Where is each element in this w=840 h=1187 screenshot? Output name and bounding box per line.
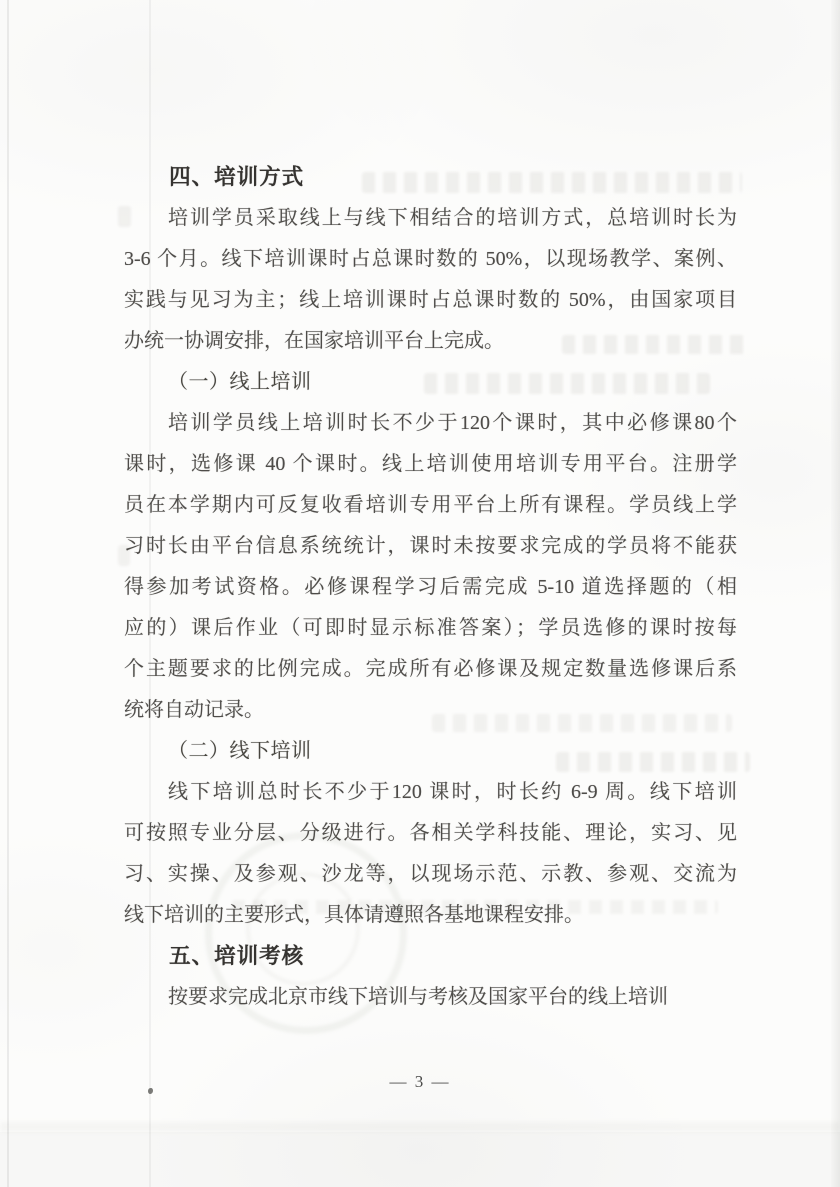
scan-bottom-edge-strip: [0, 1132, 840, 1187]
body-text-line: 培训学员采取线上与线下相结合的培训方式，总培训时长为: [124, 198, 737, 239]
subsection-heading-offline-training: （二）线下培训: [124, 731, 737, 772]
scanned-document-page: 四、培训方式 培训学员采取线上与线下相结合的培训方式，总培训时长为 3-6 个月…: [0, 0, 840, 1187]
body-text-line: 线下培训的主要形式，具体请遵照各基地课程安排。: [124, 895, 737, 936]
body-text-line: 应的）课后作业（可即时显示标准答案）；学员选修的课时按每: [124, 608, 737, 649]
body-text-line: 培训学员线上培训时长不少于120个课时，其中必修课80个: [124, 403, 737, 444]
section-heading-training-assessment: 五、培训考核: [124, 936, 737, 977]
body-text-line: 线下培训总时长不少于120 课时，时长约 6-9 周。线下培训: [124, 772, 737, 813]
body-text-line: 个主题要求的比例完成。完成所有必修课及规定数量选修课后系: [124, 649, 737, 690]
document-body: 四、培训方式 培训学员采取线上与线下相结合的培训方式，总培训时长为 3-6 个月…: [124, 157, 737, 1018]
scan-left-edge-line: [7, 0, 9, 1187]
body-text-line: 课时，选修课 40 个课时。线上培训使用培训专用平台。注册学: [124, 444, 737, 485]
section-heading-training-method: 四、培训方式: [124, 157, 737, 198]
body-text-line: 实践与见习为主；线上培训课时占总课时数的 50%，由国家项目: [124, 280, 737, 321]
body-text-line: 按要求完成北京市线下培训与考核及国家平台的线上培训: [124, 977, 737, 1018]
scan-right-edge-shadow: [831, 0, 840, 1187]
body-text-line: 办统一协调安排，在国家培训平台上完成。: [124, 321, 737, 362]
body-text-line: 统将自动记录。: [124, 690, 737, 731]
body-text-line: 得参加考试资格。必修课程学习后需完成 5-10 道选择题的（相: [124, 567, 737, 608]
body-text-line: 3-6 个月。线下培训课时占总课时数的 50%，以现场教学、案例、: [124, 239, 737, 280]
subsection-heading-online-training: （一）线上培训: [124, 362, 737, 403]
page-number: — 3 —: [0, 1072, 840, 1092]
scan-bottom-shadow-band: [0, 1122, 840, 1132]
body-text-line: 员在本学期内可反复收看培训专用平台上所有课程。学员线上学: [124, 485, 737, 526]
body-text-line: 可按照专业分层、分级进行。各相关学科技能、理论，实习、见: [124, 813, 737, 854]
body-text-line: 习时长由平台信息系统统计，课时未按要求完成的学员将不能获: [124, 526, 737, 567]
body-text-line: 习、实操、及参观、沙龙等，以现场示范、示教、参观、交流为: [124, 854, 737, 895]
